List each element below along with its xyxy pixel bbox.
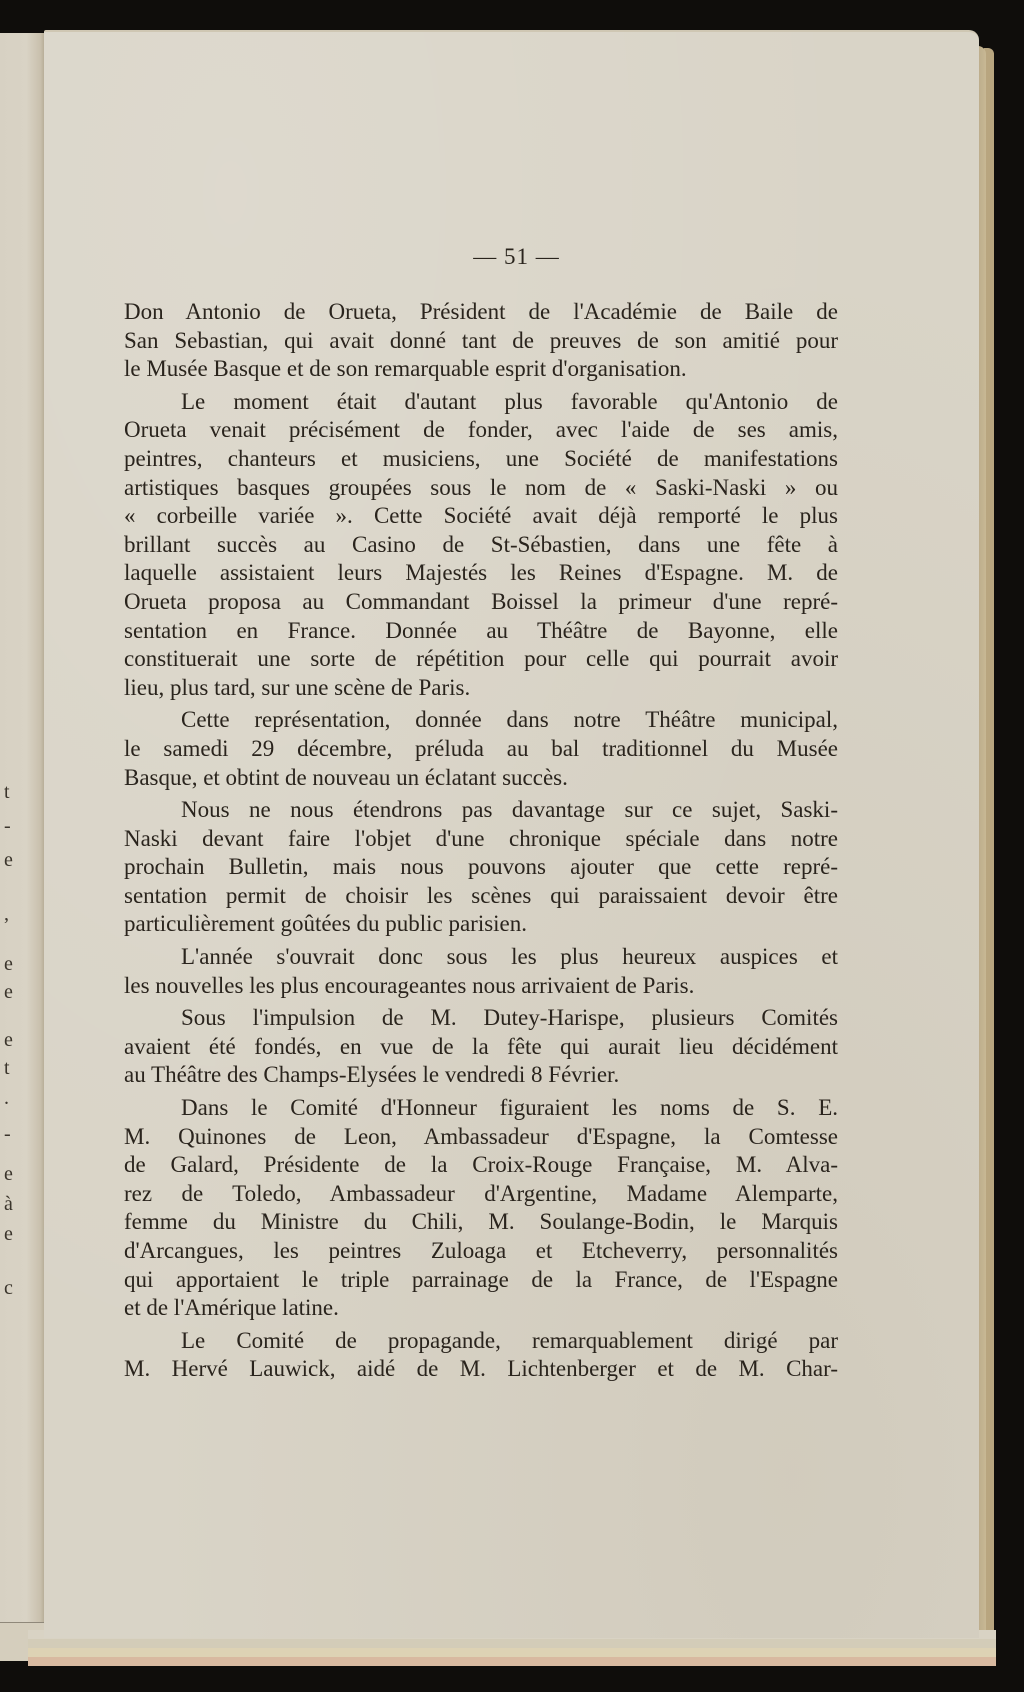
text-line: lieu, plus tard, sur une scène de Paris.: [124, 674, 838, 703]
margin-char: e: [4, 953, 13, 976]
text-line: Don Antonio de Orueta, Président de l'Ac…: [124, 298, 838, 327]
cover-edge: [28, 1657, 996, 1666]
margin-char: .: [4, 1087, 9, 1110]
text-line: et de l'Amérique latine.: [124, 1294, 838, 1323]
text-line: Le moment était d'autant plus favorable …: [124, 388, 838, 417]
text-line: femme du Ministre du Chili, M. Soulange-…: [124, 1208, 838, 1237]
text-line: le Musée Basque et de son remarquable es…: [124, 355, 838, 384]
paragraph: Sous l'impulsion de M. Dutey-Harispe, pl…: [124, 1004, 838, 1090]
text-line: Orueta venait précisément de fonder, ave…: [124, 416, 838, 445]
left-facing-page: t-e,eeet.-eàec: [0, 33, 44, 1657]
margin-char: e: [4, 1163, 13, 1186]
text-line: « corbeille variée ». Cette Société avai…: [124, 502, 838, 531]
text-line: Orueta proposa au Commandant Boissel la …: [124, 588, 838, 617]
margin-char: t: [4, 1057, 10, 1080]
paragraph: Dans le Comité d'Honneur figuraient les …: [124, 1094, 838, 1323]
text-line: sentation permit de choisir les scènes q…: [124, 882, 838, 911]
text-line: particulièrement goûtées du public paris…: [124, 910, 838, 939]
text-line: Dans le Comité d'Honneur figuraient les …: [124, 1094, 838, 1123]
paragraph: L'année s'ouvrait donc sous les plus heu…: [124, 943, 838, 1000]
text-line: L'année s'ouvrait donc sous les plus heu…: [124, 943, 838, 972]
margin-char: -: [4, 1123, 11, 1146]
text-line: Sous l'impulsion de M. Dutey-Harispe, pl…: [124, 1004, 838, 1033]
text-line: d'Arcangues, les peintres Zuloaga et Etc…: [124, 1237, 838, 1266]
margin-char: à: [4, 1193, 13, 1216]
text-line: peintres, chanteurs et musiciens, une So…: [124, 445, 838, 474]
text-line: au Théâtre des Champs-Elysées le vendred…: [124, 1061, 838, 1090]
paragraph: Le Comité de propagande, remarquablement…: [124, 1327, 838, 1384]
text-line: Le Comité de propagande, remarquablement…: [124, 1327, 838, 1356]
text-line: le samedi 29 décembre, préluda au bal tr…: [124, 735, 838, 764]
text-line: Naski devant faire l'objet d'une chroniq…: [124, 825, 838, 854]
text-line: artistiques basques groupées sous le nom…: [124, 474, 838, 503]
text-line: laquelle assistaient leurs Majestés les …: [124, 559, 838, 588]
text-line: Cette représentation, donnée dans notre …: [124, 706, 838, 735]
paragraph: Don Antonio de Orueta, Président de l'Ac…: [124, 298, 838, 384]
margin-char: c: [4, 1277, 13, 1300]
left-page-margin-text: t-e,eeet.-eàec: [4, 33, 24, 1657]
text-line: Basque, et obtint de nouveau un éclatant…: [124, 764, 838, 793]
text-line: brillant succès au Casino de St-Sébastie…: [124, 531, 838, 560]
page-number: — 51 —: [44, 244, 979, 270]
text-line: sentation en France. Donnée au Théâtre d…: [124, 617, 838, 646]
text-line: Nous ne nous étendrons pas davantage sur…: [124, 796, 838, 825]
paragraph: Le moment était d'autant plus favorable …: [124, 388, 838, 703]
text-line: constituerait une sorte de répétition po…: [124, 645, 838, 674]
text-line: M. Quinones de Leon, Ambassadeur d'Espag…: [124, 1123, 838, 1152]
margin-char: t: [4, 781, 10, 804]
text-line: de Galard, Présidente de la Croix-Rouge …: [124, 1151, 838, 1180]
text-line: M. Hervé Lauwick, aidé de M. Lichtenberg…: [124, 1355, 838, 1384]
margin-char: ,: [4, 903, 9, 926]
margin-char: e: [4, 981, 13, 1004]
paragraph: Nous ne nous étendrons pas davantage sur…: [124, 796, 838, 939]
body-text: Don Antonio de Orueta, Président de l'Ac…: [124, 298, 838, 1388]
margin-char: e: [4, 849, 13, 872]
paragraph: Cette représentation, donnée dans notre …: [124, 706, 838, 792]
text-line: les nouvelles les plus encourageantes no…: [124, 972, 838, 1001]
margin-char: -: [4, 815, 11, 838]
margin-char: e: [4, 1029, 13, 1052]
text-line: rez de Toledo, Ambassadeur d'Argentine, …: [124, 1180, 838, 1209]
text-line: prochain Bulletin, mais nous pouvons ajo…: [124, 853, 838, 882]
text-line: avaient été fondés, en vue de la fête qu…: [124, 1033, 838, 1062]
margin-char: e: [4, 1223, 13, 1246]
text-line: qui apportaient le triple parrainage de …: [124, 1266, 838, 1295]
book-page: — 51 — Don Antonio de Orueta, Président …: [44, 30, 979, 1638]
text-line: San Sebastian, qui avait donné tant de p…: [124, 327, 838, 356]
